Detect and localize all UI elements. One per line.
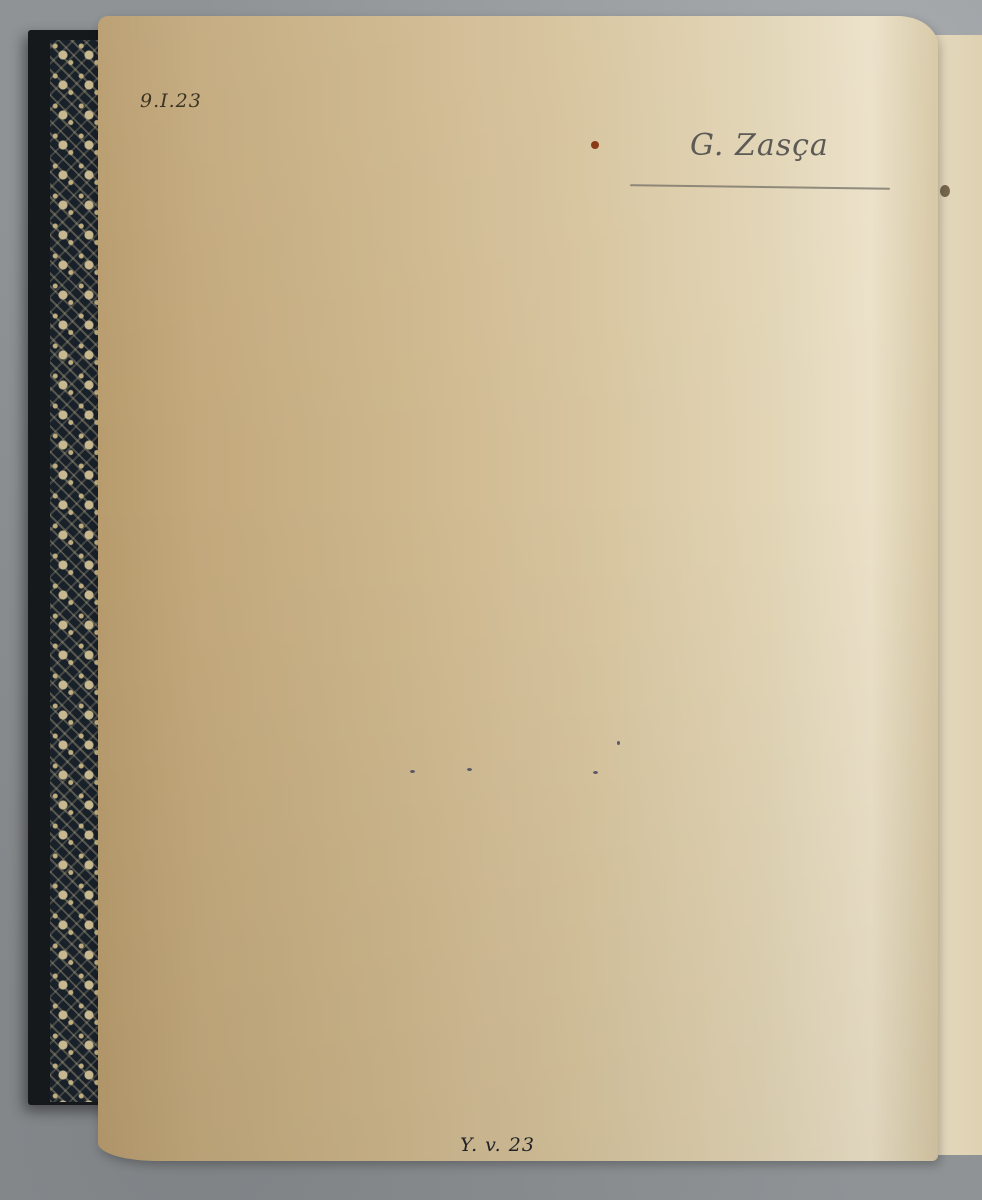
ink-speck [593,771,598,774]
handwritten-date-top-left: 9.I.23 [140,90,202,112]
handwritten-signature: G. Zasça [690,128,829,163]
book-photo: 9.I.23 G. Zasça Y. v. 23 [0,0,982,1200]
patterned-endpaper [50,40,102,1102]
ink-speck [467,768,472,771]
ink-speck [617,741,620,745]
handwritten-date-bottom: Y. v. 23 [460,1134,535,1156]
ink-speck [410,770,415,773]
pin-hole [591,141,599,149]
foxing-spot [940,185,950,197]
